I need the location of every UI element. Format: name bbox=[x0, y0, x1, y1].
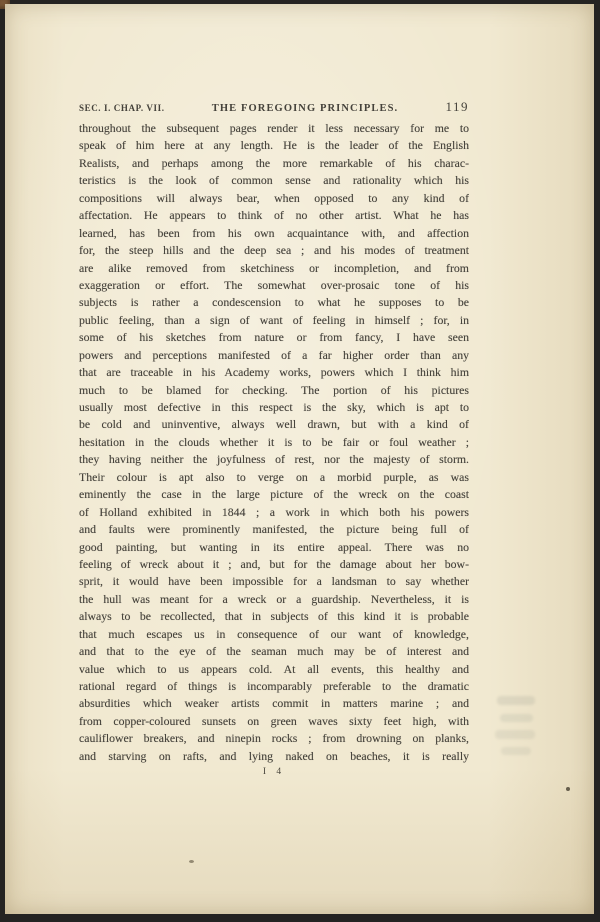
page-paper: SEC. I. CHAP. VII. THE FOREGOING PRINCIP… bbox=[5, 4, 594, 914]
printers-signature: I 4 bbox=[79, 767, 469, 777]
running-title: THE FOREGOING PRINCIPLES. bbox=[212, 103, 398, 114]
body-line: throughout the subsequent pages render i… bbox=[79, 120, 469, 137]
page-number: 119 bbox=[445, 99, 469, 115]
ink-speck bbox=[566, 787, 570, 791]
body-line: and that to the eye of the seaman much m… bbox=[79, 643, 469, 660]
body-line: subjects is rather a condescension to wh… bbox=[79, 294, 469, 311]
show-through-smudge bbox=[500, 714, 533, 722]
body-line: good painting, but wanting in its entire… bbox=[79, 539, 469, 556]
body-line: public feeling, than a sign of want of f… bbox=[79, 312, 469, 329]
show-through-smudge bbox=[497, 696, 535, 705]
body-line: eminently the case in the large picture … bbox=[79, 486, 469, 503]
body-line: that much escapes us in consequence of o… bbox=[79, 626, 469, 643]
body-line: powers and perceptions manifested of a f… bbox=[79, 347, 469, 364]
body-line: from copper-coloured sunsets on green wa… bbox=[79, 713, 469, 730]
body-line: value which to us appears cold. At all e… bbox=[79, 661, 469, 678]
body-line: of Holland exhibited in 1844 ; a work in… bbox=[79, 504, 469, 521]
body-line: compositions will always bear, when oppo… bbox=[79, 190, 469, 207]
scanned-book-page: SEC. I. CHAP. VII. THE FOREGOING PRINCIP… bbox=[0, 0, 600, 922]
body-line: Their colour is apt also to verge on a m… bbox=[79, 469, 469, 486]
section-chapter-label: SEC. I. CHAP. VII. bbox=[79, 103, 165, 113]
body-line: usually most defective in this respect i… bbox=[79, 399, 469, 416]
body-text: throughout the subsequent pages render i… bbox=[79, 120, 469, 765]
body-line: feeling of wreck about it ; and, but for… bbox=[79, 556, 469, 573]
page-header: SEC. I. CHAP. VII. THE FOREGOING PRINCIP… bbox=[79, 99, 469, 115]
body-line: exaggeration or effort. The somewhat ove… bbox=[79, 277, 469, 294]
body-line: and starving on rafts, and lying naked o… bbox=[79, 748, 469, 765]
body-line: for, the steep hills and the deep sea ; … bbox=[79, 242, 469, 259]
show-through-smudge bbox=[501, 747, 531, 755]
body-line: that are traceable in his Academy works,… bbox=[79, 364, 469, 381]
body-line: the hull was meant for a wreck or a guar… bbox=[79, 591, 469, 608]
body-line: are alike removed from sketchiness or in… bbox=[79, 260, 469, 277]
body-line: speak of him here at any length. He is t… bbox=[79, 137, 469, 154]
ink-speck bbox=[189, 860, 194, 863]
body-line: affectation. He appears to think of no o… bbox=[79, 207, 469, 224]
body-line: Realists, and perhaps among the more rem… bbox=[79, 155, 469, 172]
body-line: learned, has been from his own acquainta… bbox=[79, 225, 469, 242]
body-line: be cold and uninventive, always well dra… bbox=[79, 416, 469, 433]
body-line: some of his sketches from nature or from… bbox=[79, 329, 469, 346]
body-line: they having neither the joyfulness of re… bbox=[79, 451, 469, 468]
show-through-smudge bbox=[495, 730, 535, 739]
body-line: much to be blamed for checking. The port… bbox=[79, 382, 469, 399]
body-line: always to be recollected, that in subjec… bbox=[79, 608, 469, 625]
body-line: hesitation in the clouds whether it is t… bbox=[79, 434, 469, 451]
body-line: absurdities which weaker artists commit … bbox=[79, 695, 469, 712]
body-line: teristics is the look of common sense an… bbox=[79, 172, 469, 189]
body-line: sprit, it would have been impossible for… bbox=[79, 573, 469, 590]
body-line: rational regard of things is incomparabl… bbox=[79, 678, 469, 695]
body-line: and faults were prominently manifested, … bbox=[79, 521, 469, 538]
body-line: cauliflower breakers, and ninepin rocks … bbox=[79, 730, 469, 747]
